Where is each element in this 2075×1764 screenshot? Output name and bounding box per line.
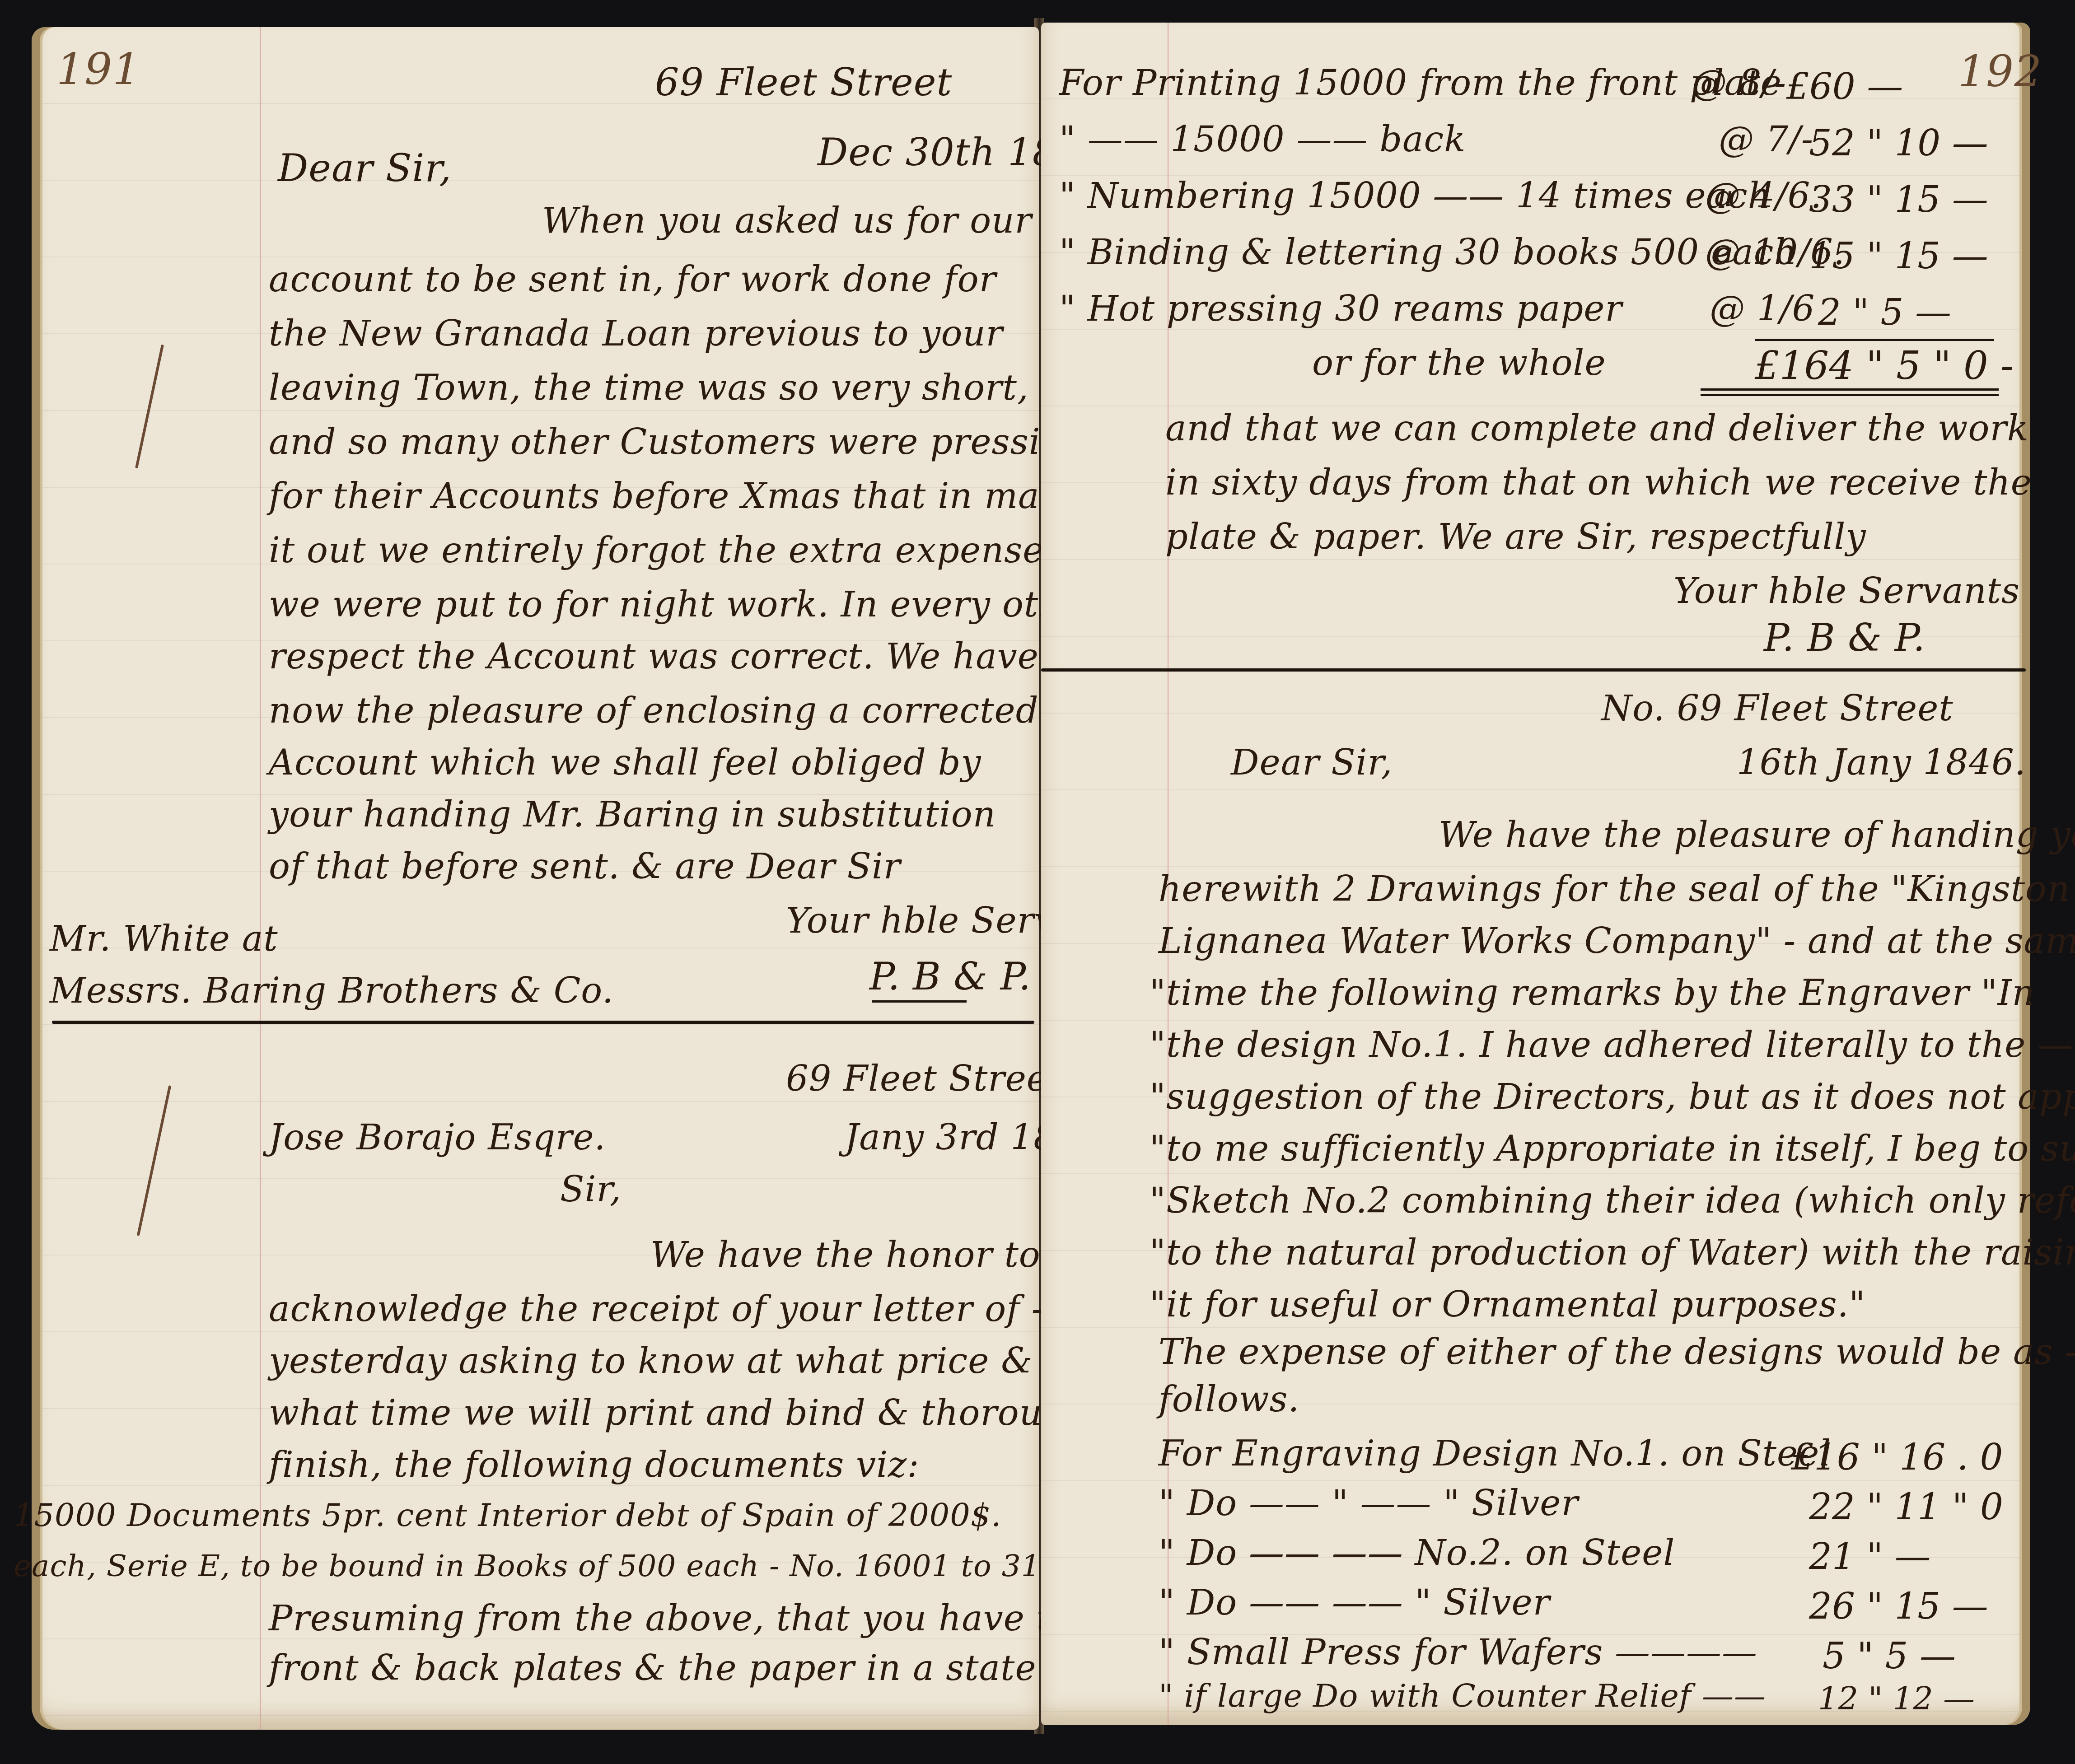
- letter-salutation: Dear Sir,: [278, 149, 452, 187]
- letter-line: and that we can complete and deliver the…: [1165, 411, 2029, 446]
- cost-label: For Engraving Design No.1. on Steel: [1159, 1436, 1831, 1471]
- letter-line: Presuming from the above, that you have …: [269, 1601, 1095, 1636]
- charge-rate: @ 8/-: [1692, 65, 1786, 101]
- margin-rule: [260, 27, 261, 1730]
- cost-label: " Small Press for Wafers ————: [1159, 1635, 1757, 1670]
- letter-signature: P. B & P.: [869, 957, 1031, 995]
- letter-line: The expense of either of the designs wou…: [1159, 1335, 2075, 1370]
- charge-amount: 2 " 5 —: [1818, 291, 1951, 333]
- letter-line: and so many other Customers were pressin…: [269, 425, 1087, 460]
- charge-rate: @ 1/6: [1710, 291, 1815, 327]
- section-divider: [52, 1021, 1034, 1024]
- letter-salutation: Dear Sir,: [1231, 745, 1393, 780]
- letter-line: account to be sent in, for work done for: [269, 262, 996, 297]
- letter-line: follows.: [1159, 1382, 1299, 1417]
- signature-underline: [872, 1000, 967, 1003]
- letter-line: front & back plates & the paper in a sta…: [269, 1651, 1107, 1686]
- letter-line: When you asked us for our: [542, 203, 1032, 238]
- letter-line: of that before sent. & are Dear Sir: [269, 849, 901, 884]
- right-page: 192 For Printing 15000 from the front pl…: [1041, 23, 2030, 1725]
- sum-rule: [1755, 339, 1994, 341]
- letter-line: in sixty days from that on which we rece…: [1165, 465, 2032, 500]
- letter-signature: P. B & P.: [1764, 619, 1925, 657]
- recipient-line: Messrs. Baring Brothers & Co.: [50, 973, 614, 1008]
- left-page: 191 69 Fleet Street Dec 30th 1845. Dear …: [32, 27, 1039, 1730]
- letter-line: now the pleasure of enclosing a correcte…: [269, 693, 1039, 728]
- letter-line: Account which we shall feel obliged by: [269, 745, 981, 780]
- document-item-line: 15000 Documents 5pr. cent Interior debt …: [14, 1499, 1002, 1531]
- letter-salutation: Sir,: [560, 1172, 622, 1207]
- cost-label: " if large Do with Counter Relief ——: [1159, 1680, 1766, 1712]
- charge-rate: @ 7/-: [1719, 122, 1813, 157]
- letter-line: "the design No.1. I have adhered literal…: [1150, 1027, 2073, 1063]
- letter-line: "to me sufficiently Appropriate in itsel…: [1150, 1131, 2075, 1167]
- section-divider: [1041, 668, 2026, 672]
- letter-line: plate & paper. We are Sir, respectfully: [1165, 519, 1866, 555]
- cost-label: " Do —— —— No.2. on Steel: [1159, 1535, 1675, 1571]
- letter-line: herewith 2 Drawings for the seal of the …: [1159, 872, 2075, 907]
- total-amount: £164 " 5 " 0 -: [1755, 343, 2014, 388]
- cost-amount: 12 " 12 —: [1818, 1680, 1975, 1717]
- check-mark-icon: [135, 344, 164, 468]
- total-double-rule: [1701, 388, 1999, 391]
- letter-line: "it for useful or Ornamental purposes.": [1150, 1287, 1865, 1322]
- letter-line: your handing Mr. Baring in substitution: [269, 797, 996, 832]
- letter-line: what time we will print and bind & thoro…: [269, 1395, 1121, 1431]
- letter-line: We have the honor to -: [650, 1237, 1065, 1273]
- letter-line: it out we entirely forgot the extra expe…: [269, 533, 1063, 568]
- page-number: 191: [56, 47, 140, 91]
- cost-label: " Do —— " —— " Silver: [1159, 1486, 1579, 1521]
- cost-amount: 22 " 11 " 0: [1809, 1486, 2003, 1528]
- charge-label: " Numbering 15000 —— 14 times each: [1059, 178, 1771, 214]
- charge-amount: 15 " 15 —: [1809, 235, 1988, 277]
- letter-line: the New Granada Loan previous to your: [269, 316, 1003, 351]
- charge-amount: 52 " 10 —: [1809, 122, 1988, 164]
- cost-amount: 21 " —: [1809, 1535, 1930, 1577]
- letter-line: "suggestion of the Directors, but as it …: [1150, 1079, 2075, 1115]
- letter-line: yesterday asking to know at what price &…: [269, 1344, 1080, 1379]
- charge-label: " —— 15000 —— back: [1059, 122, 1466, 157]
- letter-line: respect the Account was correct. We have: [269, 639, 1039, 674]
- charge-label: For Printing 15000 from the front plate: [1059, 65, 1782, 101]
- charge-amount: £60 —: [1786, 65, 1903, 107]
- letter-line: finish, the following documents viz:: [269, 1447, 919, 1483]
- letter-line: for their Accounts before Xmas that in m…: [269, 479, 1119, 514]
- charge-label: " Hot pressing 30 reams paper: [1059, 291, 1622, 327]
- letter-closing: Your hble Servants: [1673, 574, 2020, 609]
- letter-line: We have the pleasure of handing you -: [1439, 817, 2075, 853]
- charge-amount: 33 " 15 —: [1809, 178, 1988, 220]
- document-item-line: each, Serie E, to be bound in Books of 5…: [14, 1551, 1109, 1581]
- letter-line: we were put to for night work. In every …: [269, 587, 1100, 622]
- letter-line: Lignanea Water Works Company" - and at t…: [1159, 924, 2075, 959]
- cost-amount: £16 " 16 . 0: [1791, 1436, 2003, 1478]
- letter-line: "time the following remarks by the Engra…: [1150, 975, 2035, 1011]
- letter-recipient: Jose Borajo Esqre.: [269, 1120, 606, 1155]
- letter-line: acknowledge the receipt of your letter o…: [269, 1292, 1044, 1327]
- total-double-rule: [1701, 394, 1999, 396]
- recipient-line: Mr. White at: [50, 921, 278, 957]
- letter-date: 16th Jany 1846.: [1737, 745, 2026, 780]
- cost-label: " Do —— —— " Silver: [1159, 1585, 1550, 1620]
- letter-line: "to the natural production of Water) wit…: [1150, 1235, 2075, 1270]
- letter-line: "Sketch No.2 combining their idea (which…: [1150, 1183, 2075, 1218]
- check-mark-icon: [137, 1085, 172, 1236]
- cost-amount: 26 " 15 —: [1809, 1585, 1988, 1627]
- letter-address: 69 Fleet Street: [786, 1061, 1062, 1097]
- page-number: 192: [1958, 50, 2042, 93]
- cost-amount: 5 " 5 —: [1823, 1635, 1956, 1677]
- charge-rate: @ 4/6.: [1705, 178, 1822, 214]
- letter-address: No. 69 Fleet Street: [1601, 691, 1953, 726]
- charge-label: " Binding & lettering 30 books 500 each: [1059, 235, 1797, 270]
- letter-line: leaving Town, the time was so very short…: [269, 370, 1029, 406]
- total-label: or for the whole: [1312, 345, 1606, 381]
- letter-address: 69 Fleet Street: [655, 63, 952, 101]
